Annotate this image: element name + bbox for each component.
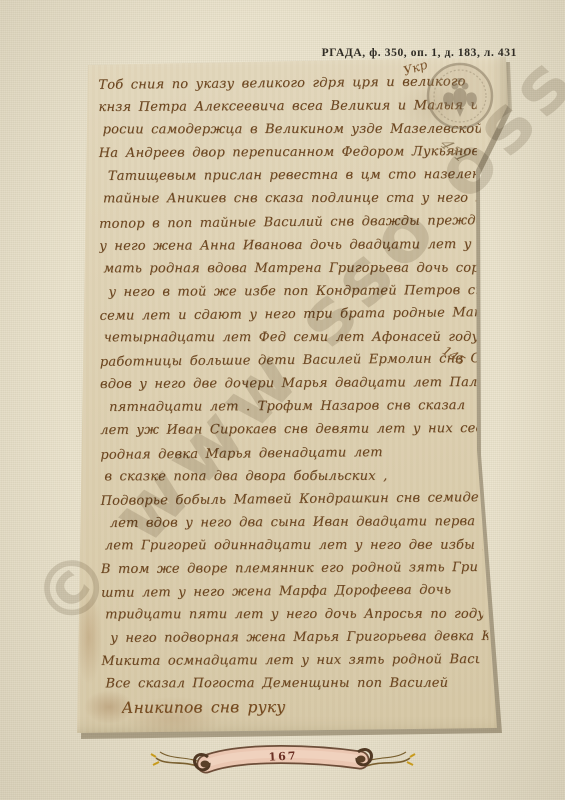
ribbon-knot [357, 756, 366, 763]
manuscript-line: Татищевым прислан ревестна в цм сто назе… [108, 163, 486, 188]
manuscript-text: Тоб сния по указу великого гдря цря и ве… [98, 71, 479, 720]
manuscript-line: вдов у него две дочери Марья двадцати ле… [100, 371, 478, 396]
manuscript-line: Подворье бобыль Матвей Кондрашкин снв се… [100, 486, 478, 513]
manuscript-line: у него в той же избе поп Кондратей Петро… [108, 279, 486, 304]
manuscript-line: родная девка Марья двенадцати лет [100, 440, 478, 467]
manuscript-line: пятнадцати лет . Трофим Назаров снв сказ… [109, 394, 487, 419]
manuscript-line: у него подворная жена Марья Григорьева д… [110, 625, 488, 650]
manuscript-line: топор в поп тайные Василий снв дважды пр… [99, 209, 477, 236]
manuscript-line: лет Григорей одиннадцати лет у него две … [105, 534, 483, 558]
manuscript-line: у него жена Анна Иванова дочь двадцати л… [99, 233, 477, 258]
page-number: 167 [268, 749, 298, 763]
page-number-ribbon: 167 [148, 740, 418, 786]
manuscript-line: На Андреев двор переписанном Федором Лук… [99, 140, 477, 165]
paper-sheet: Тоб сния по указу великого гдря цря и ве… [68, 50, 512, 744]
manuscript-line: Микита осмнадцати лет у них зять родной … [101, 648, 479, 673]
manuscript-line: семи лет и сдают у него три брата родные… [99, 301, 477, 328]
manuscript-line: Все сказал Погоста Деменщины поп Василей [105, 672, 483, 696]
manuscript-line: работницы большие дети Василей Ермолин с… [100, 347, 478, 374]
archival-scan-page: РГАДА, ф. 350, оп. 1, д. 183, л. 431 Тоб… [0, 0, 565, 800]
double-headed-eagle-stamp-icon [420, 60, 504, 134]
archive-reference: РГАДА, ф. 350, оп. 1, д. 183, л. 431 [322, 47, 517, 59]
manuscript-line: В том же дворе племянник его родной зять… [101, 556, 479, 581]
manuscript-line: лет вдов у него два сына Иван двадцати п… [110, 510, 488, 535]
manuscript-line: Аникипов снв руку [122, 695, 480, 720]
manuscript-line: мать родная вдова Матрена Григорьева доч… [103, 256, 481, 280]
manuscript-line: тайные Аникиев снв сказа подлинце ста у … [103, 187, 481, 211]
manuscript-line: шти лет у него жена Марфа Дорофеева дочь [101, 578, 479, 605]
manuscript-line: четырнадцати лет Фед семи лет Афонасей г… [104, 326, 482, 350]
manuscript-line: лет уж Иван Сирокаев снв девяти лет у ни… [100, 417, 478, 442]
manuscript-line: в сказке попа два двора бобыльских , [104, 464, 482, 488]
manuscript-page: Тоб сния по указу великого гдря цря и ве… [68, 50, 512, 744]
ribbon-knot [201, 761, 210, 768]
manuscript-line: тридцати пяти лет у него дочь Апросья по… [105, 603, 483, 627]
